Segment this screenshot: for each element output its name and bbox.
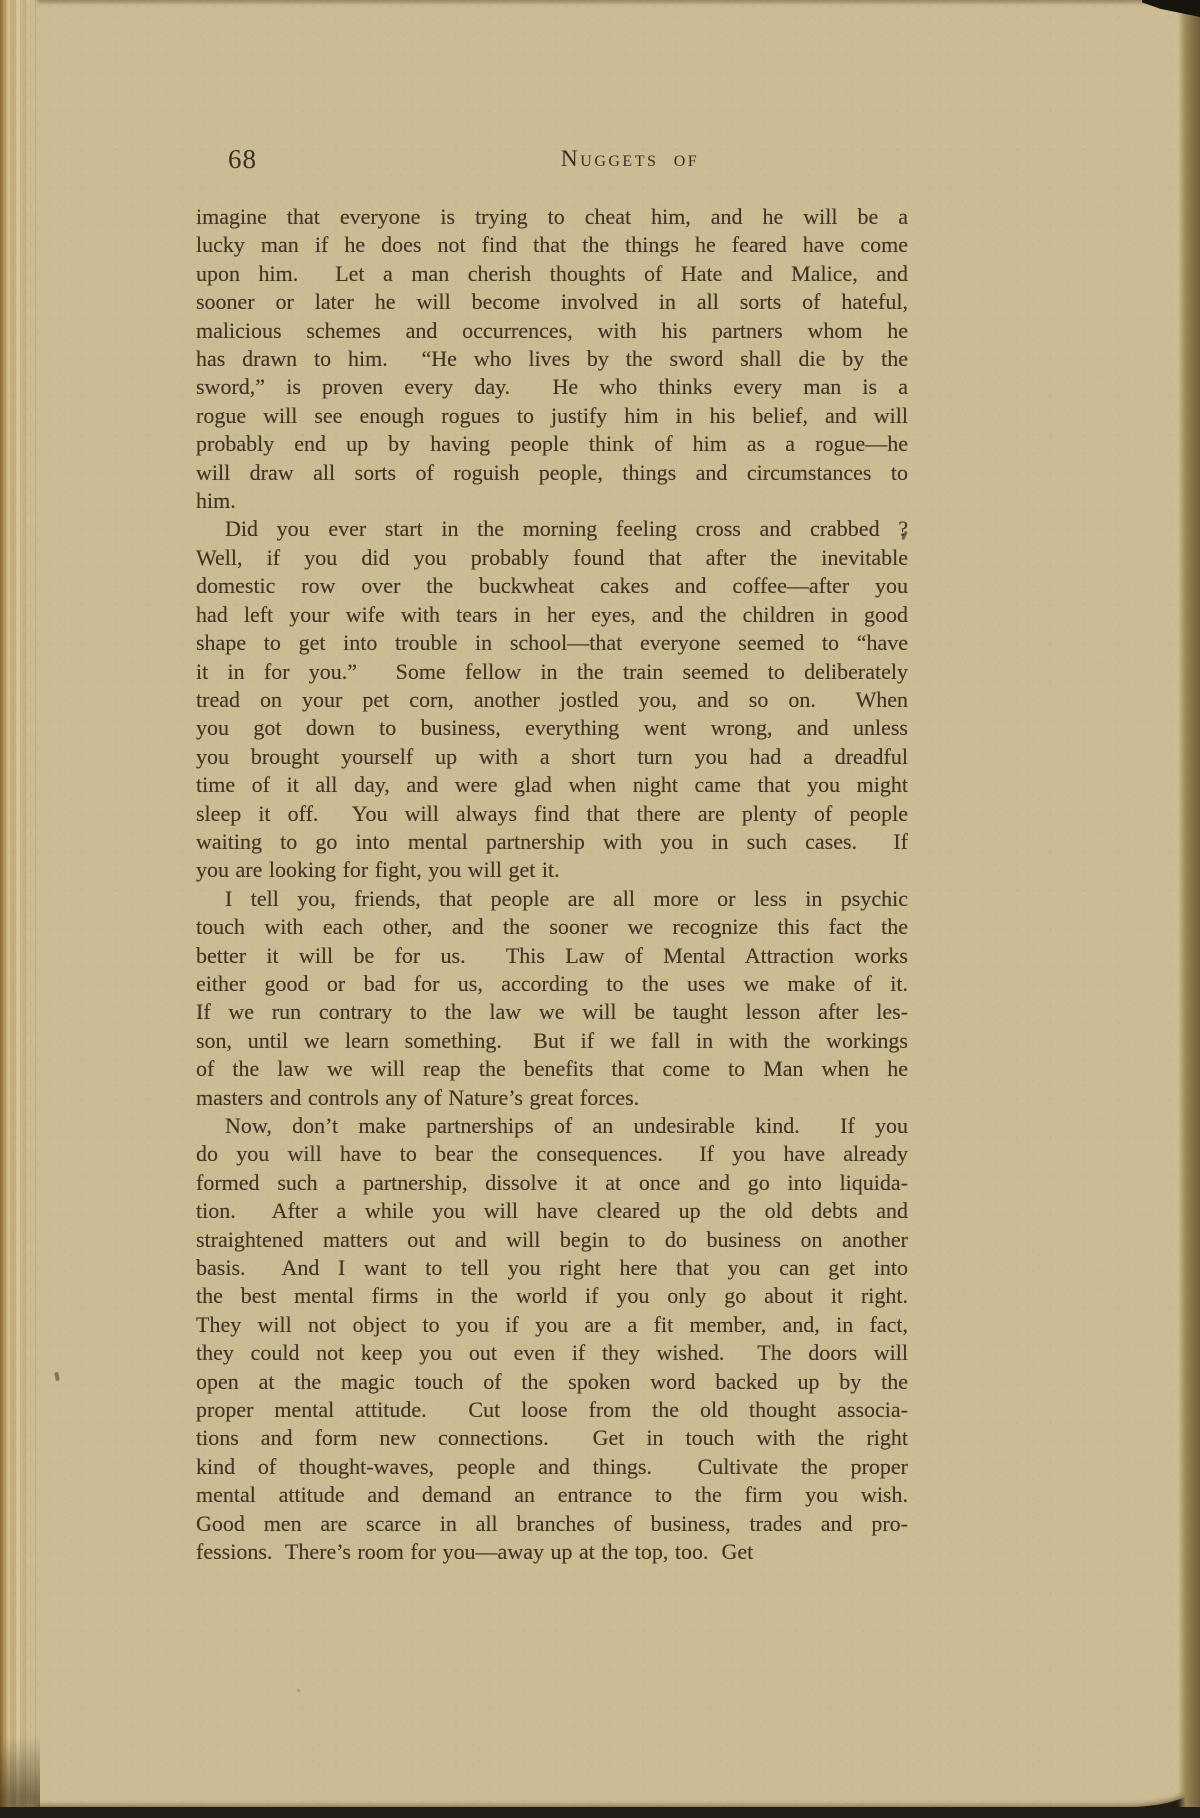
paragraph: I tell you, friends, that people are all… [196,885,908,1112]
text-line: the best mental firms in the world if yo… [196,1282,908,1310]
text-line: him. [196,487,908,515]
text-line: upon him. Let a man cherish thoughts of … [196,260,908,288]
text-line: rogue will see enough rogues to justify … [196,402,908,430]
text-line: either good or bad for us, according to … [196,970,908,998]
text-line: better it will be for us. This Law of Me… [196,942,908,970]
text-line: tion. After a while you will have cleare… [196,1197,908,1225]
text-line: do you will have to bear the consequence… [196,1140,908,1168]
text-line: malicious schemes and occurrences, with … [196,317,908,345]
text-line: Now, don’t make partnerships of an undes… [196,1112,908,1140]
text-line: proper mental attitude. Cut loose from t… [196,1396,908,1424]
text-line: masters and controls any of Nature’s gre… [196,1084,908,1112]
text-line: has drawn to him. “He who lives by the s… [196,345,908,373]
text-line: mental attitude and demand an entrance t… [196,1481,908,1509]
ink-speck [54,1372,60,1382]
paragraph: Now, don’t make partnerships of an undes… [196,1112,908,1567]
text-line: had left your wife with tears in her eye… [196,601,908,629]
text-line: waiting to go into mental partnership wi… [196,828,908,856]
text-line: will draw all sorts of roguish people, t… [196,459,908,487]
text-line: If we run contrary to the law we will be… [196,998,908,1026]
text-line: touch with each other, and the sooner we… [196,913,908,941]
text-line: open at the magic touch of the spoken wo… [196,1368,908,1396]
text-block: imagine that everyone is trying to cheat… [196,203,908,1567]
text-line: Good men are scarce in all branches of b… [196,1510,908,1538]
scanned-book-page: 68 Nuggets of imagine that everyone is t… [0,0,1200,1818]
text-line: probably end up by having people think o… [196,430,908,458]
text-line: sooner or later he will become involved … [196,288,908,316]
text-line: Well, if you did you probably found that… [196,544,908,572]
text-line: straightened matters out and will begin … [196,1226,908,1254]
binding-page-edges [0,0,40,1807]
running-title: Nuggets of [561,146,699,173]
text-line: They will not object to you if you are a… [196,1311,908,1339]
text-line: son, until we learn something. But if we… [196,1027,908,1055]
text-line: you brought yourself up with a short tur… [196,743,908,771]
text-line: shape to get into trouble in school—that… [196,629,908,657]
text-line: time of it all day, and were glad when n… [196,771,908,799]
text-line: of the law we will reap the benefits tha… [196,1055,908,1083]
text-line: tread on your pet corn, another jostled … [196,686,908,714]
text-line: they could not keep you out even if they… [196,1339,908,1367]
text-line: you got down to business, everything wen… [196,714,908,742]
paragraph: Did you ever start in the morning feelin… [196,515,908,884]
text-line: sword,” is proven every day. He who thin… [196,373,908,401]
text-line: lucky man if he does not find that the t… [196,231,908,259]
text-line: imagine that everyone is trying to cheat… [196,203,908,231]
text-line: tions and form new connections. Get in t… [196,1424,908,1452]
paper-speck [297,1689,300,1692]
text-line: fessions. There’s room for you—away up a… [196,1538,908,1566]
paragraph: imagine that everyone is trying to cheat… [196,203,908,515]
text-line: sleep it off. You will always find that … [196,800,908,828]
text-line: basis. And I want to tell you right here… [196,1254,908,1282]
text-line: you are looking for fight, you will get … [196,856,908,884]
text-line: I tell you, friends, that people are all… [196,885,908,913]
text-line: domestic row over the buckwheat cakes an… [196,572,908,600]
text-line: it in for you.” Some fellow in the train… [196,658,908,686]
page-number: 68 [228,144,257,175]
text-line: kind of thought-waves, people and things… [196,1453,908,1481]
text-line: formed such a partnership, dissolve it a… [196,1169,908,1197]
text-line: Did you ever start in the morning feelin… [196,515,908,543]
paper-sheet: 68 Nuggets of imagine that everyone is t… [0,0,1200,1807]
right-page-edge-shadow [1178,0,1200,1807]
